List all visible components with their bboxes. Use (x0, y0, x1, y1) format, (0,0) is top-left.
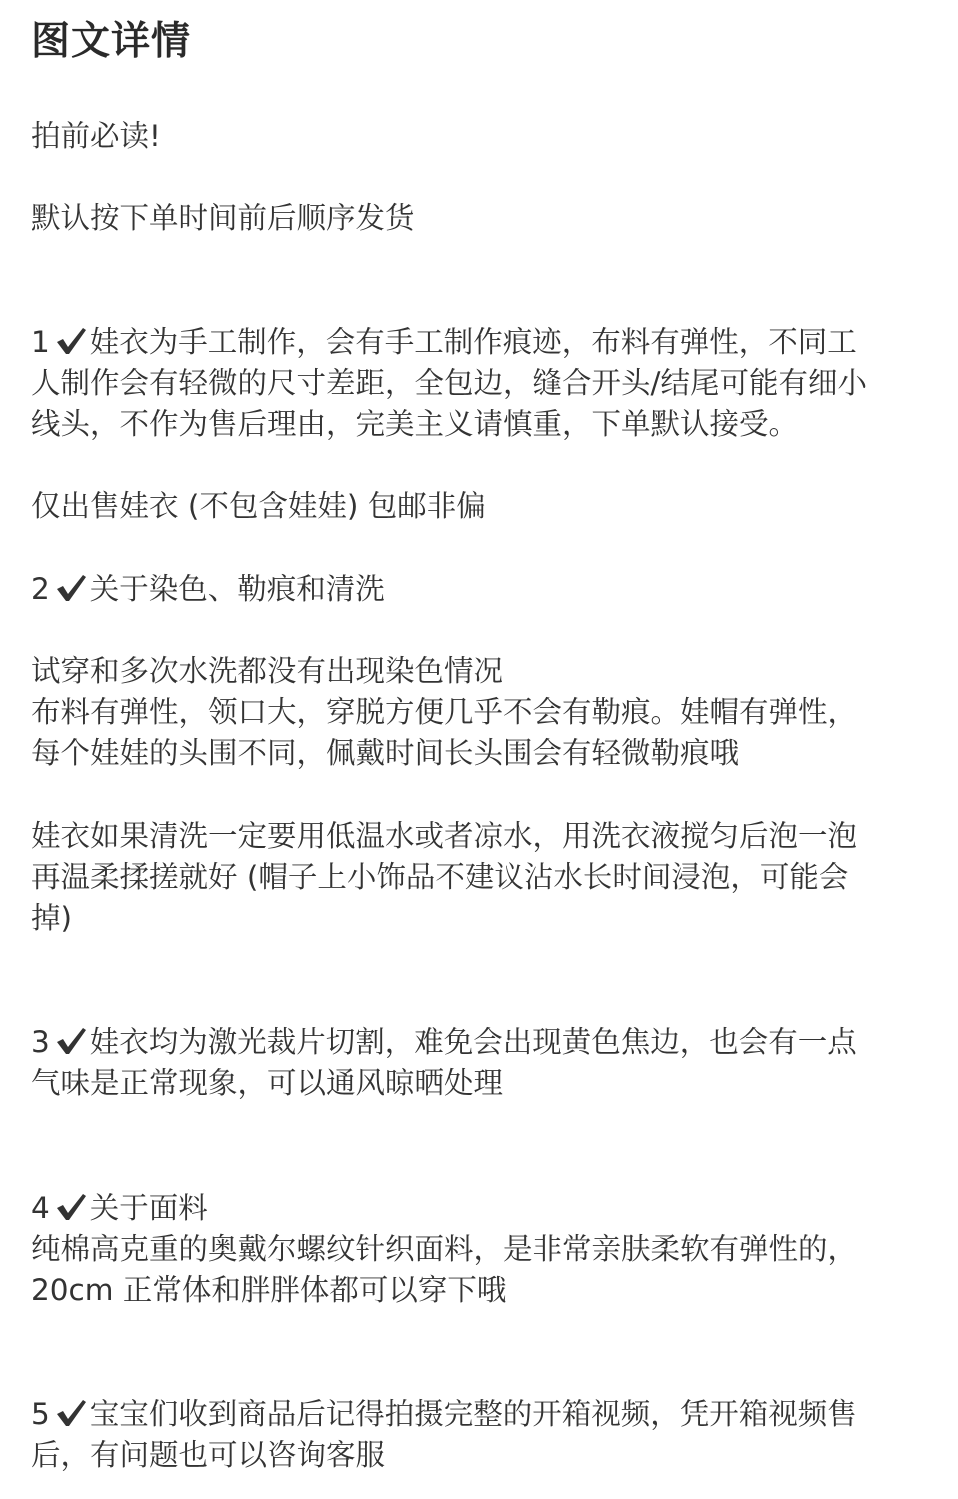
section-4-heading: 4关于面料 (31, 1188, 208, 1229)
page-title: 图文详情 (31, 14, 191, 70)
check-icon (54, 326, 88, 356)
must-read-notice: 拍前必读! (31, 116, 161, 157)
section-number: 3 (31, 1025, 50, 1059)
doll-only-note: 仅出售娃衣 (不包含娃娃) 包邮非偏 (31, 486, 486, 527)
section-2-text-6: 掉) (31, 898, 72, 939)
section-1-line-1: 1娃衣为手工制作，会有手工制作痕迹，布料有弹性，不同工 (31, 322, 857, 363)
check-icon (54, 1192, 88, 1222)
section-number: 2 (31, 572, 50, 606)
section-5-line-1: 5宝宝们收到商品后记得拍摄完整的开箱视频，凭开箱视频售 (31, 1394, 857, 1435)
section-2-text-1: 试穿和多次水洗都没有出现染色情况 (31, 651, 503, 692)
section-3-line-1: 3娃衣均为激光裁片切割，难免会出现黄色焦边，也会有一点 (31, 1022, 857, 1063)
section-2-text-2: 布料有弹性，领口大，穿脱方便几乎不会有勒痕。娃帽有弹性， (31, 692, 857, 733)
section-number: 1 (31, 325, 50, 359)
section-4-line-3: 20cm 正常体和胖胖体都可以穿下哦 (31, 1270, 506, 1311)
section-number: 4 (31, 1191, 50, 1225)
section-2-heading: 2关于染色、勒痕和清洗 (31, 569, 385, 610)
section-3-line-2: 气味是正常现象，可以通风晾晒处理 (31, 1063, 503, 1104)
section-1-line-3: 线头，不作为售后理由，完美主义请慎重，下单默认接受。 (31, 404, 798, 445)
check-icon (54, 1026, 88, 1056)
check-icon (54, 573, 88, 603)
section-1-line-2: 人制作会有轻微的尺寸差距，全包边，缝合开头/结尾可能有细小 (31, 363, 867, 404)
section-4-line-2: 纯棉高克重的奥戴尔螺纹针织面料，是非常亲肤柔软有弹性的， (31, 1229, 857, 1270)
section-2-text-5: 再温柔揉搓就好 (帽子上小饰品不建议沾水长时间浸泡，可能会 (31, 857, 848, 898)
check-icon (54, 1398, 88, 1428)
section-2-text-4: 娃衣如果清洗一定要用低温水或者凉水，用洗衣液搅匀后泡一泡 (31, 816, 857, 857)
section-number: 5 (31, 1397, 50, 1431)
section-2-text-3: 每个娃娃的头围不同，佩戴时间长头围会有轻微勒痕哦 (31, 733, 739, 774)
section-5-line-2: 后，有问题也可以咨询客服 (31, 1435, 385, 1476)
shipping-order-notice: 默认按下单时间前后顺序发货 (31, 198, 415, 239)
